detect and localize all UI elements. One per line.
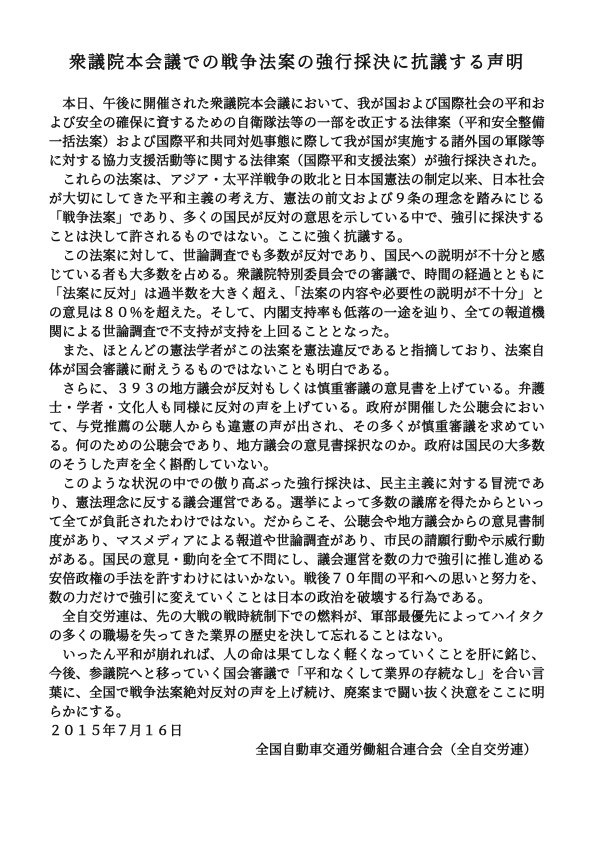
paragraph-7: 全自交労連は、先の大戦の戦時統制下での燃料が、軍部最優先によってハイタクの多くの… [49,608,545,646]
paragraph-2: これらの法案は、アジア・太平洋戦争の敗北と日本国憲法の制定以来、日本社会が大切に… [49,171,545,247]
paragraph-3: この法案に対して、世論調査でも多数が反対であり、国民への説明が不十分と感じている… [49,247,545,342]
paragraph-5: さらに、３９３の地方議会が反対もしくは慎重審議の意見書を上げている。弁護士・学者… [49,380,545,475]
document-title: 衆議院本会議での戦争法案の強行採決に抗議する声明 [49,50,545,76]
statement-document-page: 衆議院本会議での戦争法案の強行採決に抗議する声明 本日、午後に開催された衆議院本… [0,0,595,843]
paragraph-1: 本日、午後に開催された衆議院本会議において、我が国および国際社会の平和および安全… [49,95,545,171]
paragraph-8: いったん平和が崩れれば、人の命は果てしなく軽くなっていくことを肝に銘じ、今後、参… [49,646,545,722]
paragraph-4: また、ほとんどの憲法学者がこの法案を憲法違反であると指摘しており、法案自体が国会… [49,342,545,380]
document-date: ２０１５年７月１６日 [49,722,545,741]
paragraph-6: このような状況の中での傲り高ぶった強行採決は、民主主義に対する冒涜であり、憲法理… [49,475,545,608]
document-signature: 全国自動車交通労働組合連合会（全自交労連） [49,741,545,760]
document-body: 本日、午後に開催された衆議院本会議において、我が国および国際社会の平和および安全… [49,95,545,722]
